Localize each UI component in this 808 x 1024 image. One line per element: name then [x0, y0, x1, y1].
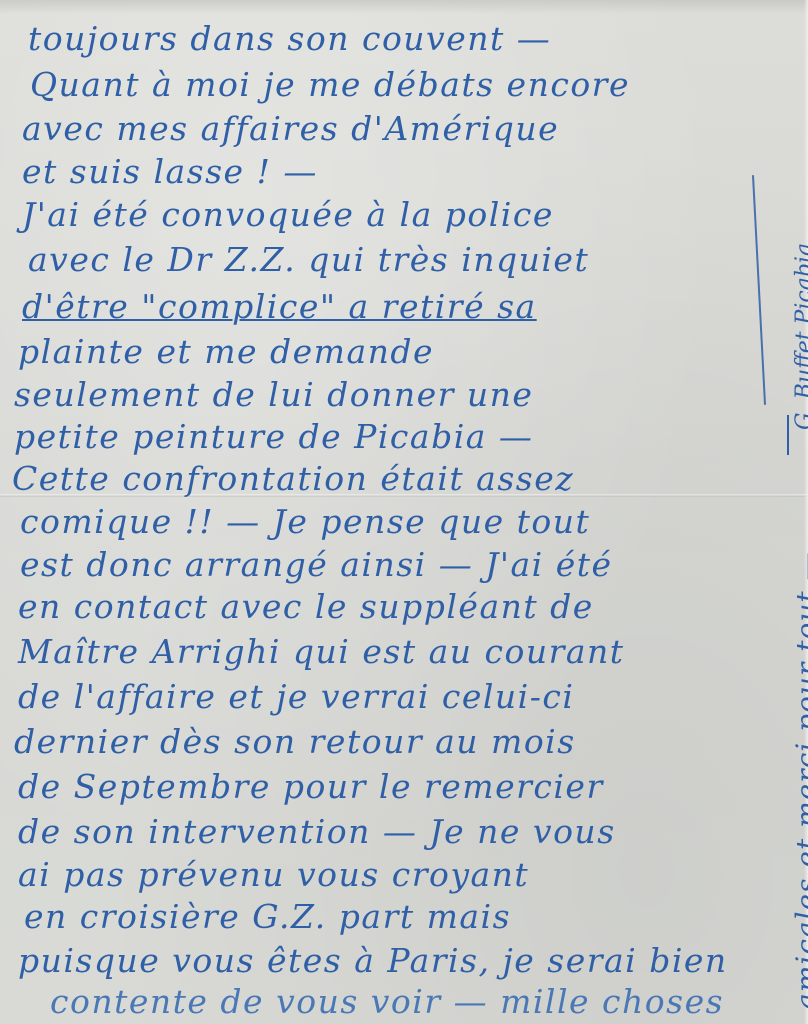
letter-line-16: de l'affaire et je verrai celui-ci	[18, 680, 574, 713]
letter-line-8: plainte et me demande	[18, 335, 434, 368]
letter-page: toujours dans son couvent — Quant à moi …	[0, 0, 808, 1024]
letter-line-14: en contact avec le suppléant de	[18, 590, 594, 623]
letter-line-10: petite peinture de Picabia —	[14, 420, 533, 453]
letter-line-20: ai pas prévenu vous croyant	[18, 858, 529, 891]
letter-line-4: et suis lasse ! —	[22, 155, 318, 188]
letter-line-13: est donc arrangé ainsi — J'ai été	[20, 548, 613, 581]
letter-line-6: avec le Dr Z.Z. qui très inquiet	[28, 243, 589, 276]
letter-line-3: avec mes affaires d'Amérique	[22, 112, 559, 145]
letter-line-5: J'ai été convoquée à la police	[22, 198, 554, 231]
letter-line-19: de son intervention — Je ne vous	[18, 815, 616, 848]
letter-line-22: puisque vous êtes à Paris, je serai bien	[18, 944, 728, 977]
page-top-shadow	[0, 0, 808, 14]
letter-line-1: toujours dans son couvent —	[28, 22, 551, 55]
margin-dash	[787, 415, 789, 455]
letter-line-9: seulement de lui donner une	[14, 378, 533, 411]
margin-postscript: amicales et merci pour tout —	[790, 551, 808, 1010]
letter-line-18: de Septembre pour le remercier	[18, 770, 604, 803]
letter-line-17: dernier dès son retour au mois	[14, 725, 576, 758]
letter-line-23: contente de vous voir — mille choses	[50, 985, 724, 1018]
signature: G. Buffet Picabia	[792, 243, 808, 430]
letter-line-12: comique !! — Je pense que tout	[20, 505, 590, 538]
letter-line-11: Cette confrontation était assez	[12, 462, 574, 495]
letter-line-2: Quant à moi je me débats encore	[30, 68, 630, 101]
signature-flourish	[752, 175, 766, 405]
letter-line-21: en croisière G.Z. part mais	[24, 900, 511, 933]
letter-line-7: d'être "complice" a retiré sa	[22, 290, 537, 323]
letter-line-15: Maître Arrighi qui est au courant	[18, 635, 625, 668]
